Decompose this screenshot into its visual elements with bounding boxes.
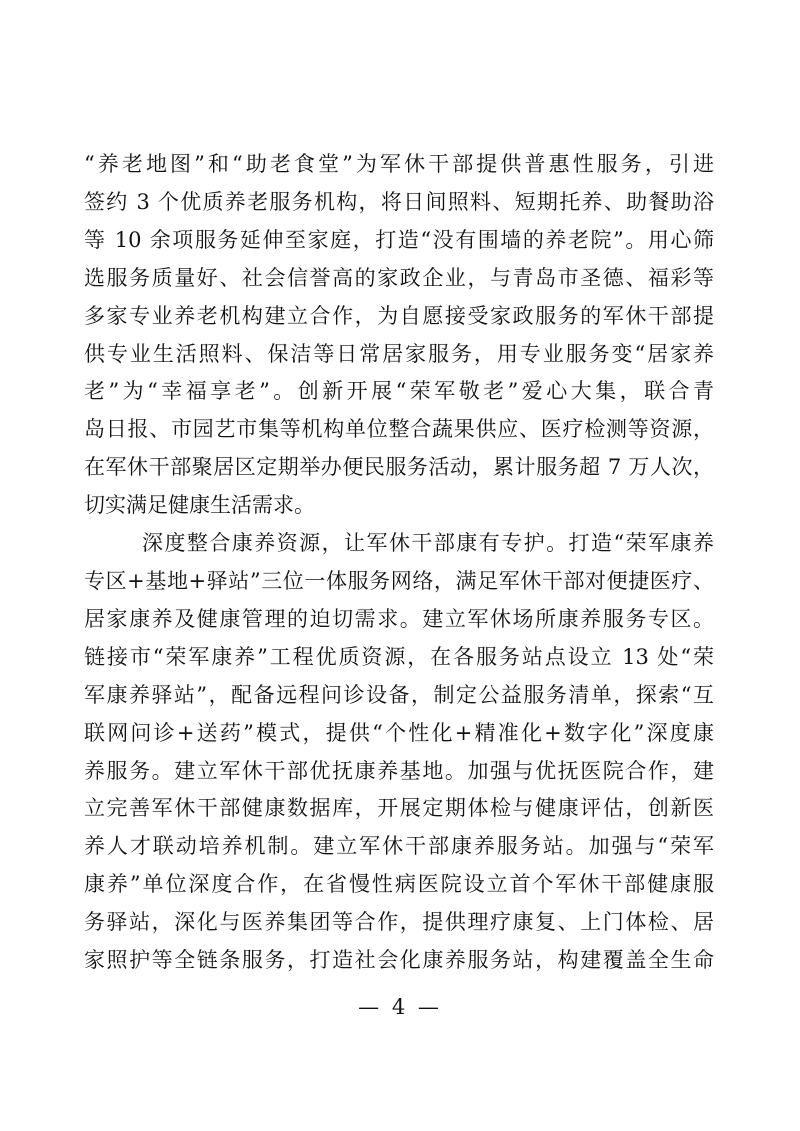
text-line: 养服务。建立军休干部优抚康养基地。加强与优抚医院合作，建 (84, 753, 714, 791)
text-line: “养老地图”和“助老食堂”为军休干部提供普惠性服务，引进 (84, 146, 714, 184)
text-line: 军康养驿站”，配备远程问诊设备，制定公益服务清单，探索“互 (84, 677, 714, 715)
text-line: 务驿站，深化与医养集团等合作，提供理疗康复、上门体检、居 (84, 904, 714, 942)
paragraph-kangyang: 深度整合康养资源，让军休干部康有专护。打造“荣军康养 专区+基地+驿站”三位一体… (84, 525, 714, 980)
text-line: 岛日报、市园艺市集等机构单位整合蔬果供应、医疗检测等资源， (84, 411, 714, 449)
text-line: 深度整合康养资源，让军休干部康有专护。打造“荣军康养 (84, 525, 714, 563)
text-line: 切实满足健康生活需求。 (84, 487, 714, 525)
document-page: “养老地图”和“助老食堂”为军休干部提供普惠性服务，引进 签约 3 个优质养老服… (0, 0, 800, 1131)
text-line: 居家康养及健康管理的迫切需求。建立军休场所康养服务专区。 (84, 601, 714, 639)
document-body: “养老地图”和“助老食堂”为军休干部提供普惠性服务，引进 签约 3 个优质养老服… (84, 146, 714, 980)
text-line: 多家专业养老机构建立合作，为自愿接受家政服务的军休干部提 (84, 298, 714, 336)
page-number: — 4 — (358, 995, 442, 1019)
text-line: 家照护等全链条服务，打造社会化康养服务站，构建覆盖全生命 (84, 942, 714, 980)
text-line: 签约 3 个优质养老服务机构，将日间照料、短期托养、助餐助浴 (84, 184, 714, 222)
text-line: 选服务质量好、社会信誉高的家政企业，与青岛市圣德、福彩等 (84, 260, 714, 298)
text-line: 养人才联动培养机制。建立军休干部康养服务站。加强与“荣军 (84, 828, 714, 866)
text-line: 在军休干部聚居区定期举办便民服务活动，累计服务超 7 万人次， (84, 449, 714, 487)
page-footer: — 4 — (0, 995, 800, 1019)
text-line: 等 10 余项服务延伸至家庭，打造“没有围墙的养老院”。用心筛 (84, 222, 714, 260)
text-line: 供专业生活照料、保洁等日常居家服务，用专业服务变“居家养 (84, 336, 714, 374)
paragraph-continuation: “养老地图”和“助老食堂”为军休干部提供普惠性服务，引进 签约 3 个优质养老服… (84, 146, 714, 525)
text-line: 联网问诊+送药”模式，提供“个性化+精准化+数字化”深度康 (84, 715, 714, 753)
text-line: 康养”单位深度合作，在省慢性病医院设立首个军休干部健康服 (84, 866, 714, 904)
text-line: 立完善军休干部健康数据库，开展定期体检与健康评估，创新医 (84, 790, 714, 828)
text-line: 专区+基地+驿站”三位一体服务网络，满足军休干部对便捷医疗、 (84, 563, 714, 601)
text-line: 链接市“荣军康养”工程优质资源，在各服务站点设立 13 处“荣 (84, 639, 714, 677)
text-line: 老”为“幸福享老”。创新开展“荣军敬老”爱心大集，联合青 (84, 373, 714, 411)
